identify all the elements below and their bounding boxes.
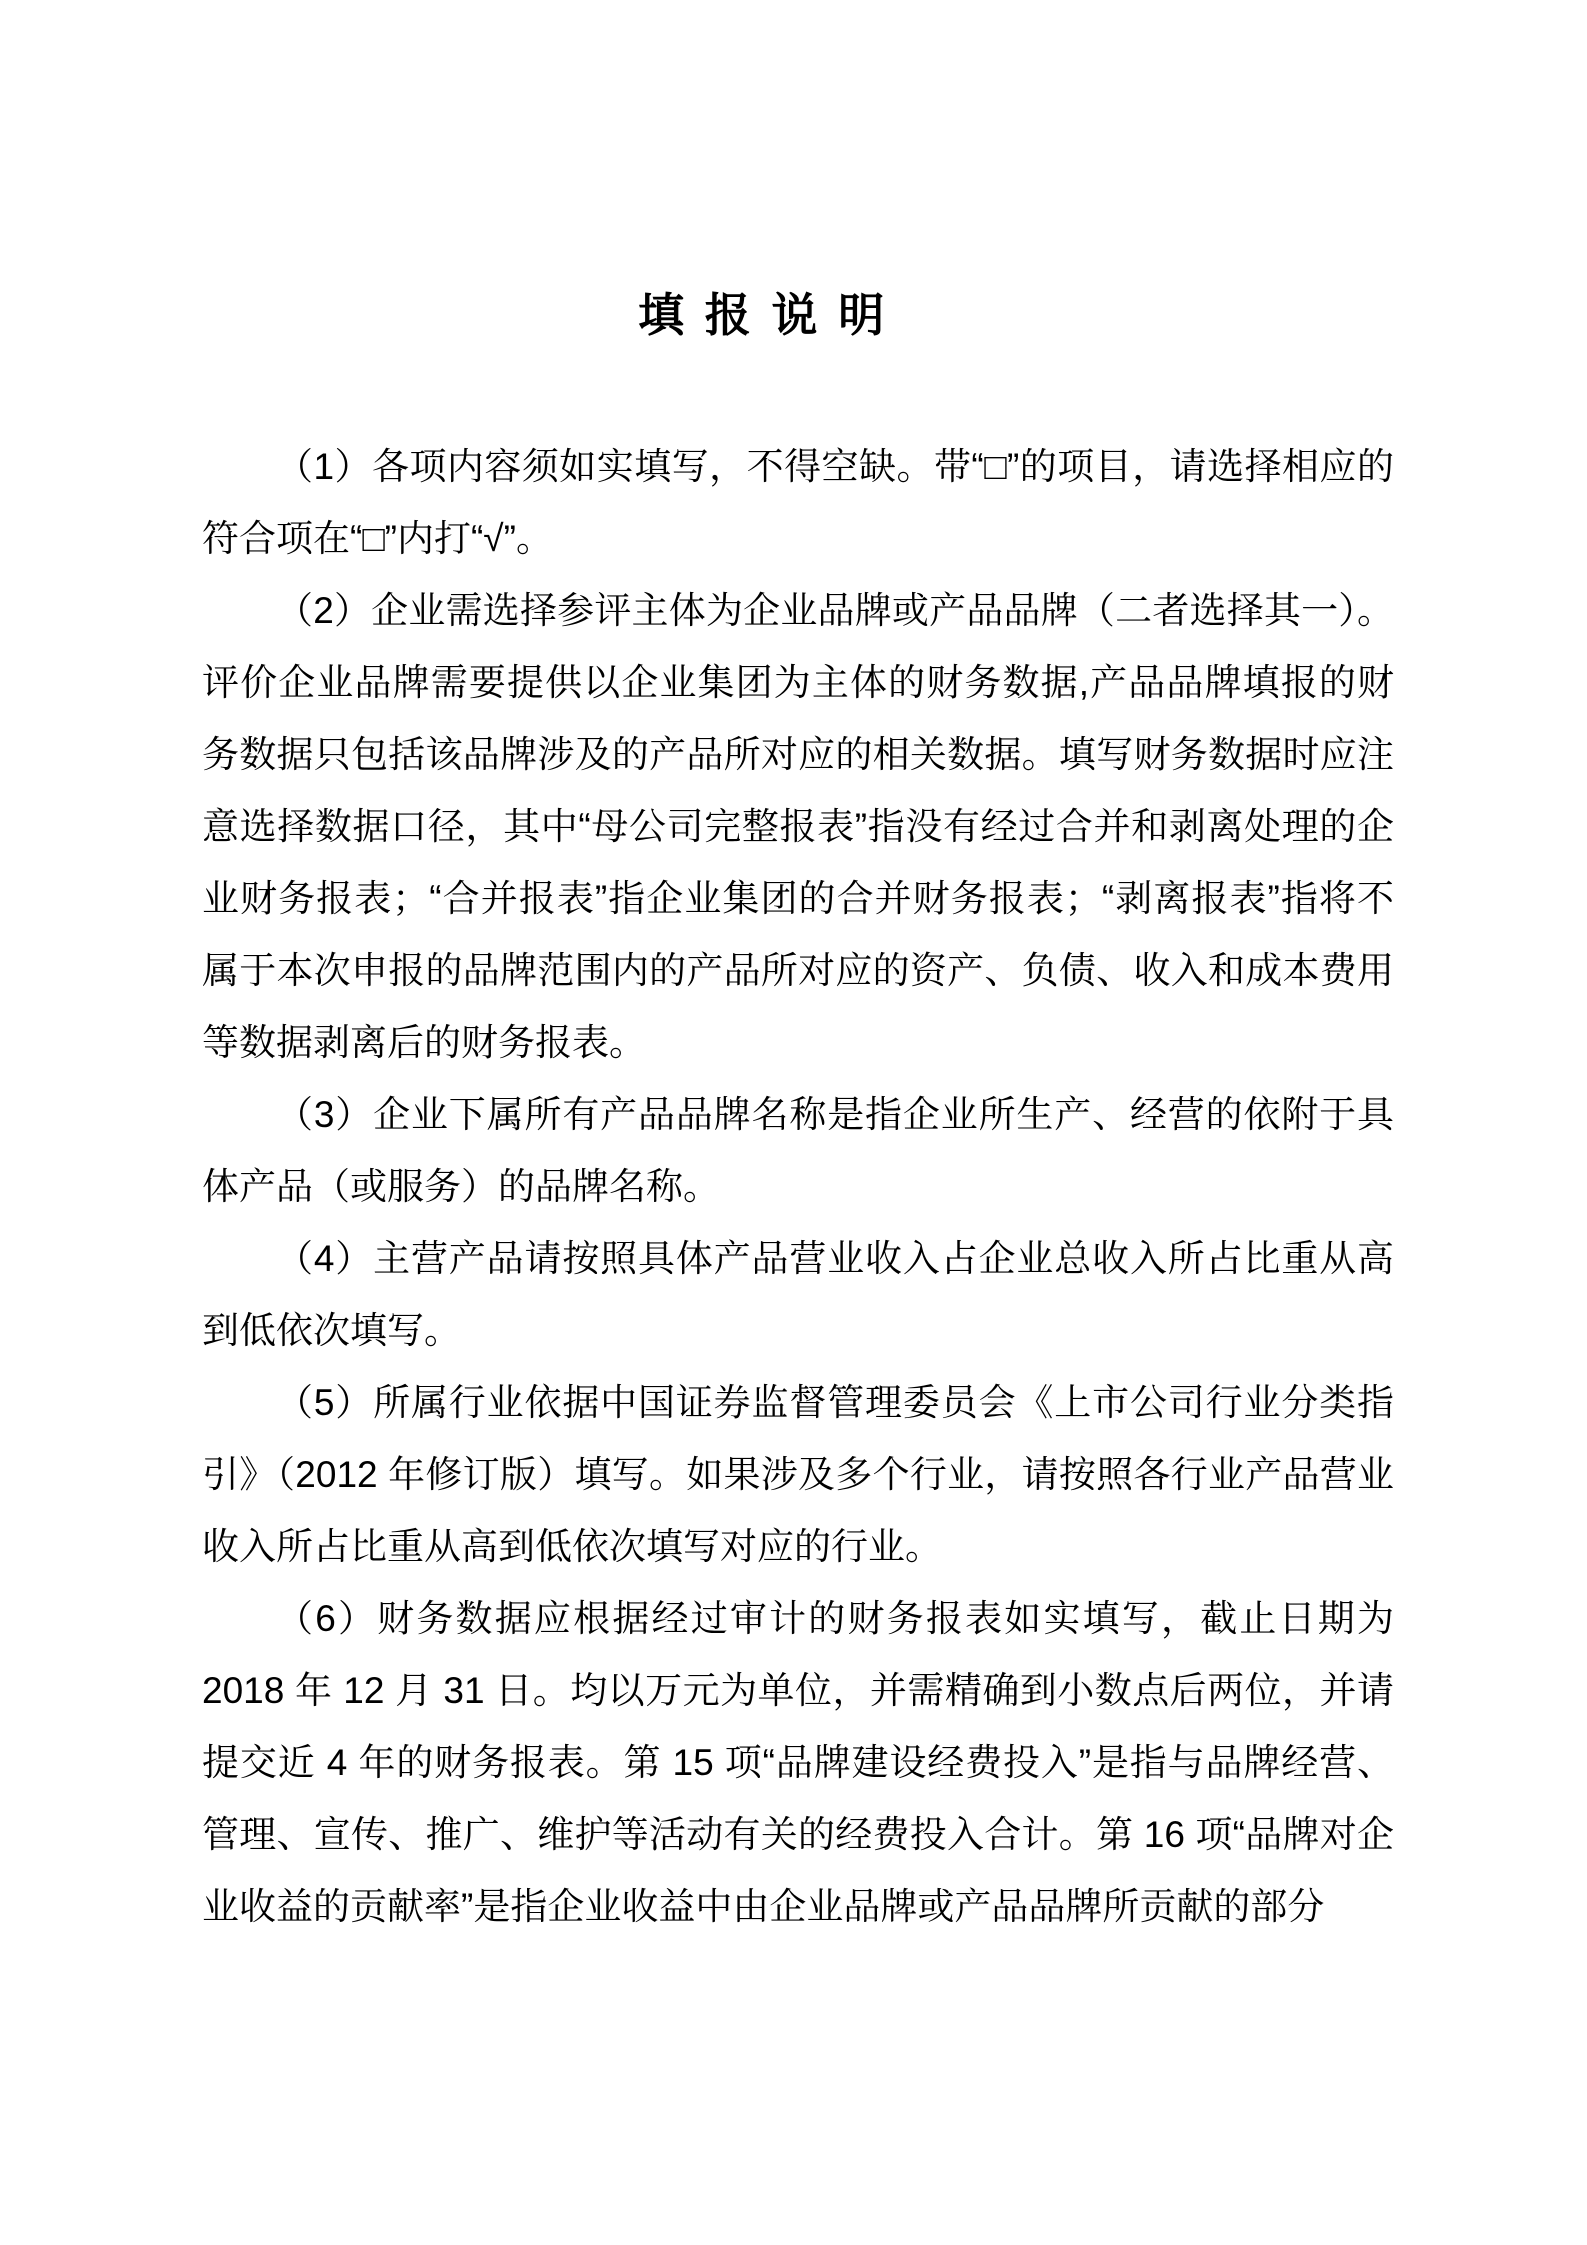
- paragraph: （6）财务数据应根据经过审计的财务报表如实填写，截止日期为 2018 年 12 …: [202, 1583, 1394, 1943]
- paragraph: （3）企业下属所有产品品牌名称是指企业所生产、经营的依附于具体产品（或服务）的品…: [202, 1079, 1394, 1223]
- document-body: （1）各项内容须如实填写，不得空缺。带“□”的项目，请选择相应的符合项在“□”内…: [202, 431, 1394, 1943]
- page-title: 填报说明: [0, 288, 1565, 344]
- paragraph: （5）所属行业依据中国证券监督管理委员会《上市公司行业分类指引》（2012 年修…: [202, 1367, 1394, 1583]
- paragraph: （4）主营产品请按照具体产品营业收入占企业总收入所占比重从高到低依次填写。: [202, 1223, 1394, 1367]
- document-page: 填报说明 （1）各项内容须如实填写，不得空缺。带“□”的项目，请选择相应的符合项…: [0, 0, 1587, 2245]
- paragraph: （2）企业需选择参评主体为企业品牌或产品品牌（二者选择其一）。评价企业品牌需要提…: [202, 575, 1394, 1079]
- paragraph: （1）各项内容须如实填写，不得空缺。带“□”的项目，请选择相应的符合项在“□”内…: [202, 431, 1394, 575]
